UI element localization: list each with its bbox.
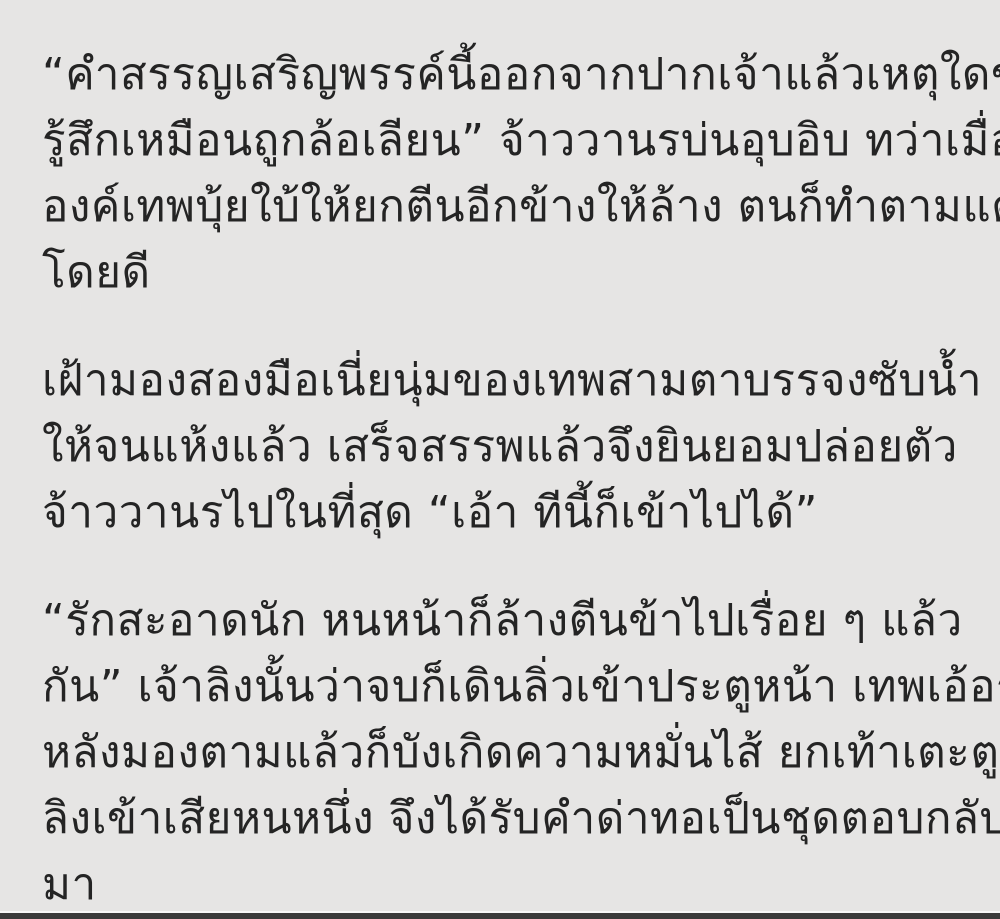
paragraph: เฝ้ามองสองมือเนี่ยนุ่มของเทพสามตาบรรจงซั… xyxy=(42,348,964,546)
text-line: เฝ้ามองสองมือเนี่ยนุ่มของเทพสามตาบรรจงซั… xyxy=(42,348,964,414)
text-line: “รักสะอาดนัก หนหน้าก็ล้างตีนข้าไปเรื่อย … xyxy=(42,588,964,654)
text-line: องค์เทพบุ้ยใบ้ให้ยกตีนอีกข้างให้ล้าง ตนก… xyxy=(42,174,964,240)
reader-screen: “คำสรรญเสริญพรรค์นี้ออกจากปากเจ้าแล้วเหต… xyxy=(0,0,1000,919)
story-text[interactable]: “คำสรรญเสริญพรรค์นี้ออกจากปากเจ้าแล้วเหต… xyxy=(0,0,1000,911)
text-line: จ้าววานรไปในที่สุด “เอ้า ทีนี้ก็เข้าไปได… xyxy=(42,480,964,546)
text-line: โดยดี xyxy=(42,240,964,306)
text-line: มา xyxy=(42,852,964,918)
text-line: ให้จนแห้งแล้ว เสร็จสรรพแล้วจึงยินยอมปล่อ… xyxy=(42,414,964,480)
text-line: “คำสรรญเสริญพรรค์นี้ออกจากปากเจ้าแล้วเหต… xyxy=(42,42,964,108)
text-line: กัน” เจ้าลิงนั้นว่าจบก็เดินลิ่วเข้าประตู… xyxy=(42,654,964,720)
paragraph: “คำสรรญเสริญพรรค์นี้ออกจากปากเจ้าแล้วเหต… xyxy=(42,42,964,306)
text-line: รู้สึกเหมือนถูกล้อเลียน” จ้าววานรบ่นอุบอ… xyxy=(42,108,964,174)
text-line: ลิงเข้าเสียหนหนึ่ง จึงได้รับคำด่าทอเป็นช… xyxy=(42,786,964,852)
paragraph: “รักสะอาดนัก หนหน้าก็ล้างตีนข้าไปเรื่อย … xyxy=(42,588,964,918)
bottom-bar xyxy=(0,911,1000,919)
text-line: หลังมองตามแล้วก็บังเกิดความหมั่นไส้ ยกเท… xyxy=(42,720,964,786)
